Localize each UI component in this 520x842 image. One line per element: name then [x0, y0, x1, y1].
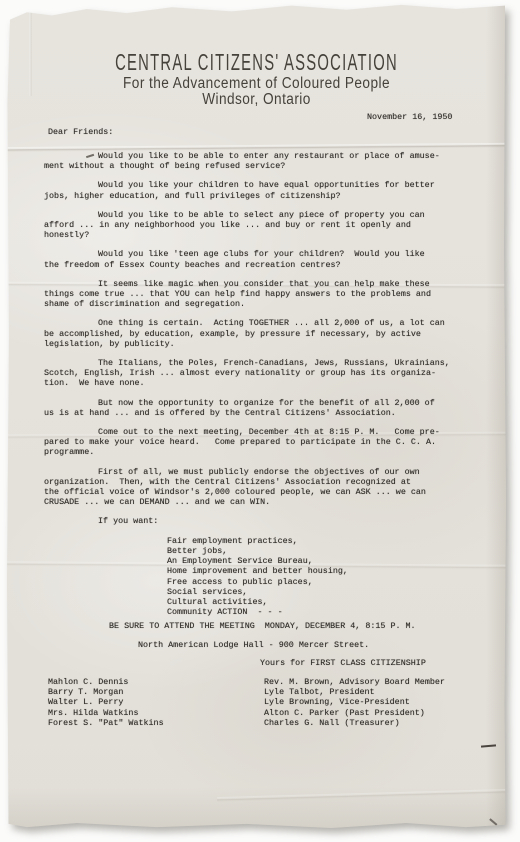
signature-name: Charles G. Nall (Treasurer): [264, 718, 445, 728]
letterhead-location: Windsor, Ontario: [37, 91, 476, 109]
letter-body: Would you like to be able to enter any r…: [44, 151, 464, 728]
signature-block: Mahlon C. Dennis Barry T. Morgan Walter …: [44, 677, 464, 728]
date-line: November 16, 1950: [367, 112, 452, 122]
paragraph: One thing is certain. Acting TOGETHER ..…: [44, 318, 464, 349]
list-item: Home improvement and better housing,: [167, 566, 464, 576]
crease-line: [217, 789, 510, 802]
signature-name: Mahlon C. Dennis: [48, 677, 264, 687]
want-list: Fair employment practices, Better jobs, …: [167, 536, 464, 618]
venue-line: North American Lodge Hall - 900 Mercer S…: [138, 640, 464, 650]
signature-name: Rev. M. Brown, Advisory Board Member: [264, 677, 445, 687]
paragraph: Come out to the next meeting, December 4…: [44, 427, 464, 458]
list-item: An Employment Service Bureau,: [167, 556, 464, 566]
signature-right-column: Rev. M. Brown, Advisory Board Member Lyl…: [264, 677, 445, 728]
letterhead-org-name: CENTRAL CITIZENS' ASSOCIATION: [99, 49, 413, 76]
meeting-notice: BE SURE TO ATTEND THE MEETING MONDAY, DE…: [109, 621, 464, 631]
crease-line: [29, 4, 32, 96]
signature-name: Barry T. Morgan: [48, 687, 264, 697]
salutation: Dear Friends:: [48, 127, 113, 137]
list-item: Cultural activities,: [167, 597, 464, 607]
list-item: Better jobs,: [167, 546, 464, 556]
corner-pen-mark: [490, 818, 498, 825]
paper-sheet: CENTRAL CITIZENS' ASSOCIATION For the Ad…: [7, 4, 506, 828]
paragraph: Would you like 'teen age clubs for your …: [44, 249, 464, 269]
signature-name: Lyle Browning, Vice-President: [264, 697, 445, 707]
document-scan: CENTRAL CITIZENS' ASSOCIATION For the Ad…: [0, 0, 520, 842]
closing-line: Yours for FIRST CLASS CITIZENSHIP: [260, 658, 464, 668]
signature-name: Forest S. "Pat" Watkins: [48, 718, 264, 728]
list-item: Free access to public places,: [167, 577, 464, 587]
paragraph: Would you like to be able to enter any r…: [44, 151, 464, 171]
signature-name: Alton C. Parker (Past President): [264, 708, 445, 718]
paragraph: It seems like magic when you consider th…: [44, 279, 464, 310]
signature-name: Walter L. Perry: [48, 697, 264, 707]
paragraph: Would you like your children to have equ…: [44, 180, 464, 200]
paragraph: The Italians, the Poles, French-Canadian…: [44, 358, 464, 389]
signature-name: Lyle Talbot, President: [264, 687, 445, 697]
signature-name: Mrs. Hilda Watkins: [48, 708, 264, 718]
paragraph: But now the opportunity to organize for …: [44, 398, 464, 418]
paragraph: Would you like to be able to select any …: [44, 210, 464, 241]
signature-left-column: Mahlon C. Dennis Barry T. Morgan Walter …: [44, 677, 264, 728]
list-item: Social services,: [167, 587, 464, 597]
paragraph-if-you-want: If you want:: [44, 516, 464, 526]
margin-pen-mark: [481, 744, 496, 747]
paragraph: First of all, we must publicly endorse t…: [44, 467, 464, 508]
list-item: Fair employment practices,: [167, 536, 464, 546]
list-item: Community ACTION - - -: [167, 607, 464, 617]
